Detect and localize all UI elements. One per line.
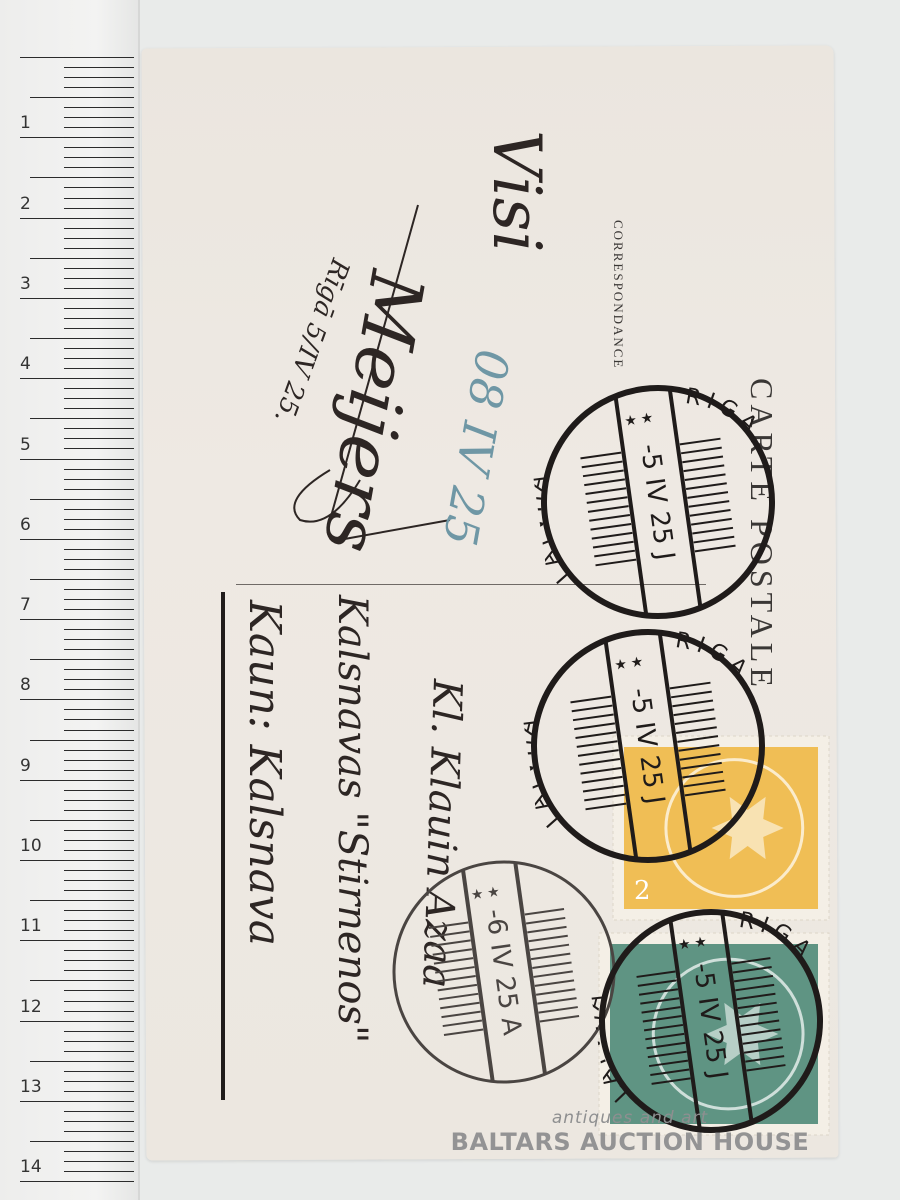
svg-text:★ ★: ★ ★ <box>470 883 501 903</box>
svg-text:★ ★: ★ ★ <box>613 653 644 673</box>
svg-text:★ ★: ★ ★ <box>677 933 708 953</box>
svg-text:-5 IV 25 J: -5 IV 25 J <box>687 961 733 1081</box>
postmark-riga-2: LATVIJA RIGA -5 IV 25 J ★ ★ <box>528 626 768 866</box>
svg-text:2: 2 <box>634 876 651 906</box>
address-underline <box>221 592 225 1100</box>
svg-text:-5 IV 25 J: -5 IV 25 J <box>624 686 670 806</box>
svg-text:★ ★: ★ ★ <box>623 409 654 429</box>
postmark-arrival: -6 IV 25 A ★ ★ <box>388 856 620 1088</box>
handwriting-address-line-2: Kaun: Kalsnava <box>239 600 290 946</box>
postmark-riga-1: LATVIJA RIGA -5 IV 25 J ★ ★ <box>538 382 778 622</box>
svg-text:RIGA: RIGA <box>734 898 821 974</box>
svg-text:-5 IV 25 J: -5 IV 25 J <box>634 442 680 562</box>
svg-text:-6 IV 25 A: -6 IV 25 A <box>479 907 526 1037</box>
postmark-riga-3: LATVIJA RIGA -5 IV 25 J ★ ★ <box>596 906 826 1136</box>
handwriting-address-line-1: Kalsnavas "Stirnenos" <box>329 595 375 1043</box>
